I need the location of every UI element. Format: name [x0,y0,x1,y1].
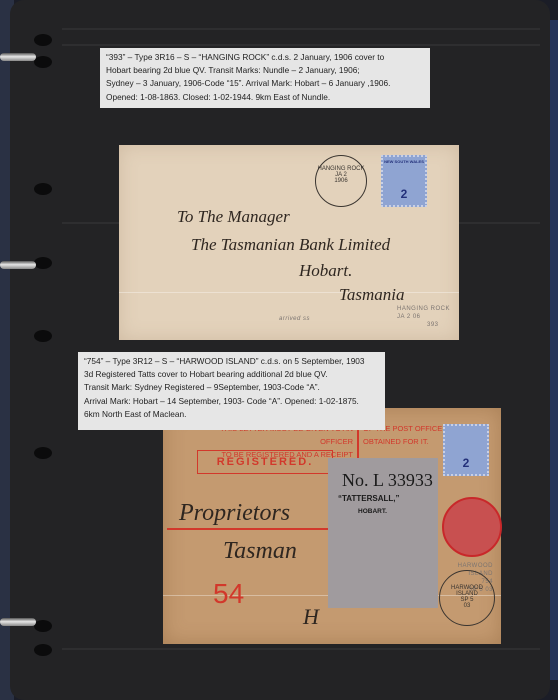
address-line: Tasman [223,538,297,565]
address-line: The Tasmanian Bank Limited [191,235,390,255]
pencil-note-left: arrived ss [279,315,310,323]
punch-hole [34,183,52,195]
red-pencil-number: 54 [213,578,244,610]
binder-ring [0,618,36,626]
pencil-line: JA 2 06 [397,313,450,321]
pencil-line: 393 [397,321,450,329]
caption-line: Hobart bearing 2d blue QV. Transit Marks… [106,64,424,77]
pencil-note: HANGING ROCK JA 2 06 393 [397,305,450,329]
punch-hole [34,447,52,459]
address-line: Tasmania [339,285,405,305]
fold-line [119,292,459,293]
label-name: “TATTERSALL,” [338,494,399,503]
cover-hanging-rock: HANGING ROCK JA 2 1906 NEW SOUTH WALES 2… [119,145,459,340]
caption-line: 3d Registered Tatts cover to Hobart bear… [84,368,379,381]
postmark-harwood-island: HARWOOD ISLAND SP 5 03 [439,570,495,626]
stamp-label: NEW SOUTH WALES [383,159,425,164]
registered-seal [442,497,502,557]
tattersall-label: No. L 33933 “TATTERSALL,” HOBART. [328,458,438,608]
punch-hole [34,620,52,632]
stamp-2d-blue-qv: 2 [443,424,489,476]
caption-line: Opened: 1-08-1863. Closed: 1-02-1944. 9k… [106,91,424,104]
address-line: H [303,604,319,630]
label-city: HOBART. [358,508,387,515]
punch-hole [34,34,52,46]
binder-cover-edge [550,20,558,680]
stamp-value: 2 [383,187,425,201]
stamp-2d-blue-qv: NEW SOUTH WALES 2 [381,155,427,207]
caption-line: “754” – Type 3R12 – S – “HARWOOD ISLAND”… [84,355,379,368]
pencil-line: HANGING ROCK [397,305,450,313]
page-strip [62,648,540,650]
binder-ring [0,261,36,269]
caption-line: Sydney – 3 January, 1906-Code “15”. Arri… [106,77,424,90]
caption-line: 6km North East of Maclean. [84,408,379,421]
address-line: Proprietors [179,500,290,527]
punch-hole [34,644,52,656]
postmark-hanging-rock: HANGING ROCK JA 2 1906 [315,155,367,207]
address-line: Hobart. [299,261,352,281]
punch-hole [34,257,52,269]
label-number: No. L 33933 [342,470,433,491]
address-line: To The Manager [177,207,290,227]
postmark-text: HARWOOD ISLAND [440,585,494,597]
page-strip [62,44,540,46]
red-underline [167,528,335,530]
postmark-year: 03 [440,603,494,609]
caption-harwood-island: “754” – Type 3R12 – S – “HARWOOD ISLAND”… [78,352,385,430]
punch-hole [34,330,52,342]
caption-line: “393” – Type 3R16 – S – “HANGING ROCK” c… [106,51,424,64]
page-strip [62,28,540,30]
instruction-line: OBTAINED FOR IT. [363,435,442,448]
caption-line: Arrival Mark: Hobart – 14 September, 190… [84,395,379,408]
postmark-year: 1906 [316,178,366,184]
caption-hanging-rock: “393” – Type 3R16 – S – “HANGING ROCK” c… [100,48,430,108]
binder-ring [0,53,36,61]
punch-hole [34,56,52,68]
registered-box: REGISTERED. [197,450,333,474]
caption-line: Transit Mark: Sydney Registered – 9Septe… [84,381,379,394]
